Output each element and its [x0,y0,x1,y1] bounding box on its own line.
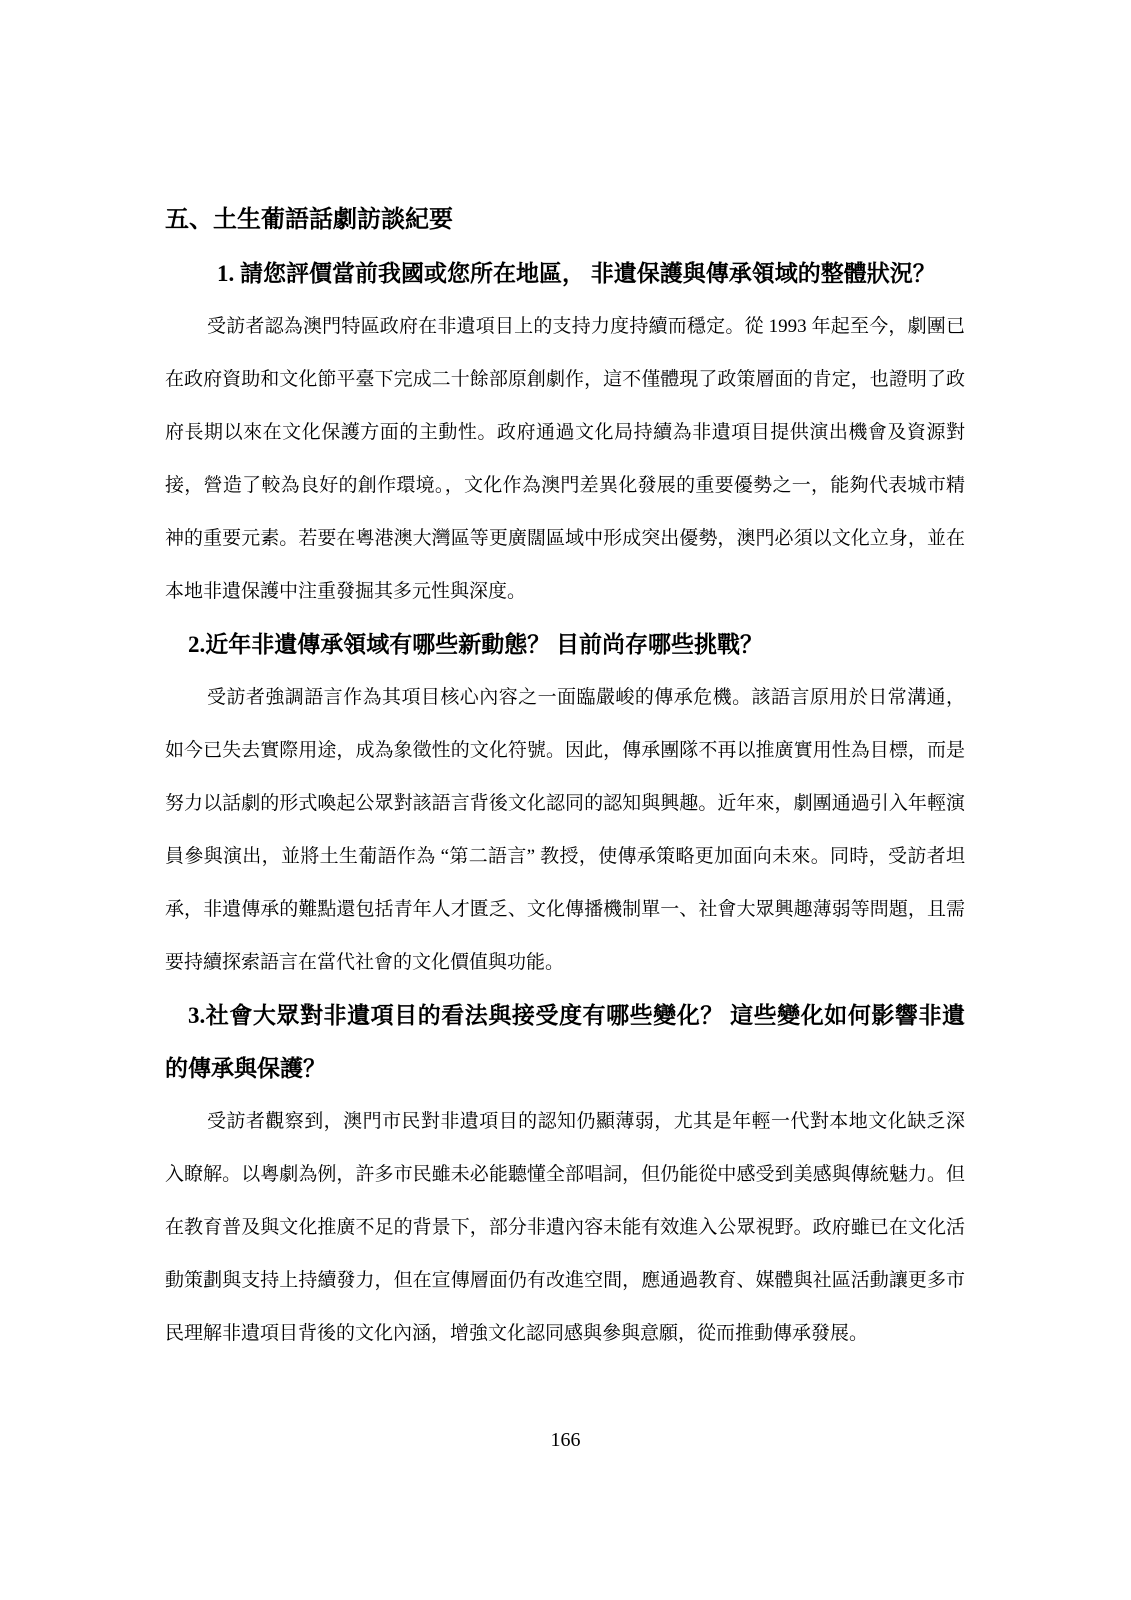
question-heading-1: 1. 請您評價當前我國或您所在地區， 非遺保護與傳承領域的整體狀況？ [165,247,965,300]
page-number: 166 [0,1428,1131,1452]
qa-block-2: 2.近年非遺傳承領域有哪些新動態？ 目前尚存哪些挑戰？ 受訪者強調語言作為其項目… [165,618,965,989]
qa-block-1: 1. 請您評價當前我國或您所在地區， 非遺保護與傳承領域的整體狀況？ 受訪者認為… [165,247,965,618]
answer-paragraph-3: 受訪者觀察到，澳門市民對非遺項目的認知仍顯薄弱，尤其是年輕一代對本地文化缺乏深入… [165,1095,965,1360]
answer-paragraph-1: 受訪者認為澳門特區政府在非遺項目上的支持力度持續而穩定。從 1993 年起至今，… [165,300,965,618]
document-body: 五、土生葡語話劇訪談紀要 1. 請您評價當前我國或您所在地區， 非遺保護與傳承領… [165,194,965,1360]
document-page: 五、土生葡語話劇訪談紀要 1. 請您評價當前我國或您所在地區， 非遺保護與傳承領… [0,0,1131,1600]
answer-paragraph-2: 受訪者強調語言作為其項目核心內容之一面臨嚴峻的傳承危機。該語言原用於日常溝通，如… [165,671,965,989]
question-heading-3: 3.社會大眾對非遺項目的看法與接受度有哪些變化？ 這些變化如何影響非遺的傳承與保… [165,989,965,1095]
question-heading-2: 2.近年非遺傳承領域有哪些新動態？ 目前尚存哪些挑戰？ [165,618,965,671]
section-title: 五、土生葡語話劇訪談紀要 [165,194,965,247]
qa-block-3: 3.社會大眾對非遺項目的看法與接受度有哪些變化？ 這些變化如何影響非遺的傳承與保… [165,989,965,1360]
